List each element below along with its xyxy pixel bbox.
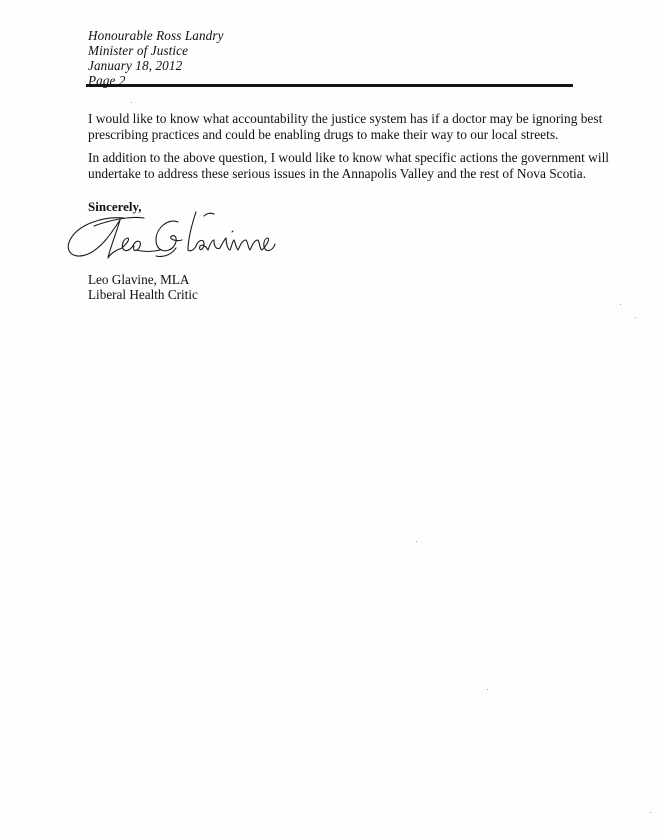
body-paragraph: In addition to the above question, I wou… (88, 150, 574, 182)
signature-block: Leo Glavine, MLA Liberal Health Critic (88, 272, 198, 302)
letter-date: January 18, 2012 (88, 58, 224, 73)
scan-artifact (131, 102, 132, 103)
body-paragraph: I would like to know what accountability… (88, 111, 574, 143)
paragraph-line: In addition to the above question, I wou… (88, 150, 574, 166)
letter-page: Honourable Ross Landry Minister of Justi… (0, 0, 663, 838)
scan-artifact (487, 689, 488, 690)
handwritten-signature (64, 210, 276, 266)
scan-artifact (620, 304, 621, 305)
recipient-title: Minister of Justice (88, 43, 224, 58)
scan-artifact (416, 541, 417, 542)
signer-name: Leo Glavine, MLA (88, 272, 198, 287)
paragraph-line: I would like to know what accountability… (88, 111, 574, 127)
scan-artifact (650, 812, 651, 813)
paragraph-line: prescribing practices and could be enabl… (88, 127, 574, 143)
letter-header: Honourable Ross Landry Minister of Justi… (88, 28, 224, 88)
scan-artifact (635, 317, 636, 318)
header-divider (86, 84, 573, 87)
signer-role: Liberal Health Critic (88, 287, 198, 302)
paragraph-line: undertake to address these serious issue… (88, 166, 574, 182)
recipient-name: Honourable Ross Landry (88, 28, 224, 43)
